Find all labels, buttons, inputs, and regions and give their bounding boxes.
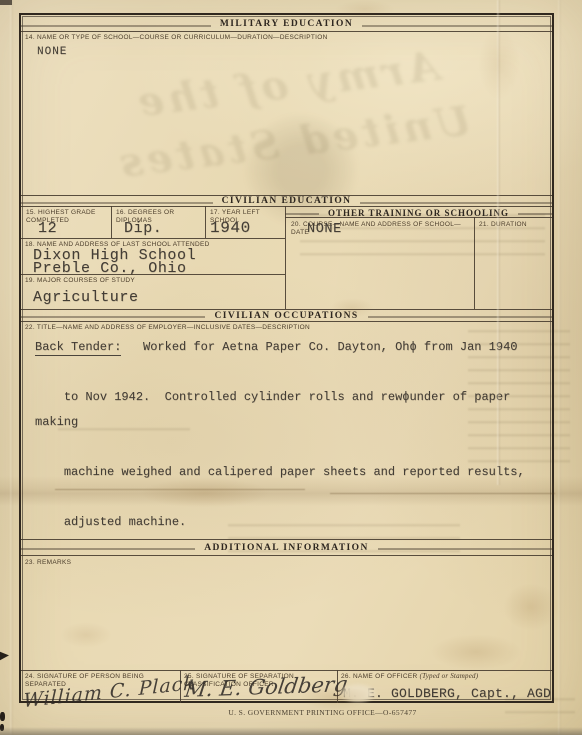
field-23-label: 23. REMARKS <box>25 559 225 567</box>
rule <box>21 31 552 32</box>
field-17-value: 1940 <box>210 222 251 235</box>
ink-smudge <box>339 683 377 703</box>
field-21-label: 21. DURATION <box>479 221 551 229</box>
occupation-line-1: Worked for Aetna Paper Co. Dayton, Ohɸ f… <box>121 340 517 354</box>
field-20-value: NONE <box>307 222 342 237</box>
field-26-label-note: (Typed or Stamped) <box>420 672 479 680</box>
rule <box>21 670 552 671</box>
rule <box>21 238 285 239</box>
section-header-military-education: MILITARY EDUCATION <box>21 18 552 30</box>
field-22-label: 22. TITLE—NAME AND ADDRESS OF EMPLOYER—I… <box>25 324 455 332</box>
signature-classification-officer: M. E. Goldberg <box>183 672 349 702</box>
section-header-civilian-education: CIVILIAN EDUCATION <box>21 196 552 206</box>
job-title-underlined: Back Tender: <box>35 340 121 356</box>
field-18-value: Dixon High School Preble Co., Ohio <box>33 249 196 275</box>
occupation-line-3: machine weighed and calipered paper shee… <box>64 465 525 479</box>
field-14-value: NONE <box>37 46 67 58</box>
column-divider <box>111 206 112 238</box>
section-title-civilian-occupations: CIVILIAN OCCUPATIONS <box>214 311 358 321</box>
column-divider <box>474 217 475 309</box>
rule <box>21 274 285 275</box>
rule <box>285 217 552 218</box>
field-14-label: 14. NAME OR TYPE OF SCHOOL—COURSE OR CUR… <box>25 34 445 42</box>
field-19-value: Agriculture <box>33 291 139 304</box>
field-26-label-main: 26. NAME OF OFFICER <box>341 673 420 680</box>
form-border-frame: MILITARY EDUCATION 14. NAME OR TYPE OF S… <box>19 13 554 703</box>
field-22-value: Back Tender: Worked for Aetna Paper Co. … <box>35 335 547 560</box>
section-title-additional-information: ADDITIONAL INFORMATION <box>204 543 368 553</box>
column-divider <box>205 206 206 238</box>
scan-bottom-shadow <box>0 727 582 735</box>
rule <box>21 321 552 322</box>
section-header-civilian-occupations: CIVILIAN OCCUPATIONS <box>21 310 552 321</box>
field-26-label: 26. NAME OF OFFICER (Typed or Stamped) <box>341 673 553 681</box>
field-19-label: 19. MAJOR COURSES OF STUDY <box>25 277 275 285</box>
section-header-additional-information: ADDITIONAL INFORMATION <box>21 541 552 554</box>
section-header-other-training: OTHER TRAINING OR SCHOOLING <box>285 208 552 217</box>
document-page: { "colors": { "paper": "#e9dbb6", "borde… <box>0 0 582 735</box>
section-title-military-education: MILITARY EDUCATION <box>220 19 353 29</box>
field-15-value: 12 <box>38 222 57 235</box>
column-divider <box>285 206 286 309</box>
field-16-value: Dip. <box>124 222 162 235</box>
occupation-line-4: adjusted machine. <box>64 515 186 529</box>
other-training-title: OTHER TRAINING OR SCHOOLING <box>328 208 509 218</box>
printing-office-imprint: U. S. GOVERNMENT PRINTING OFFICE—O-65747… <box>130 708 515 717</box>
rule <box>21 555 552 556</box>
rule <box>21 539 552 540</box>
occupation-line-2: to Nov 1942. Controlled cylinder rolls a… <box>35 390 518 429</box>
section-title-civilian-education: CIVILIAN EDUCATION <box>222 196 352 206</box>
